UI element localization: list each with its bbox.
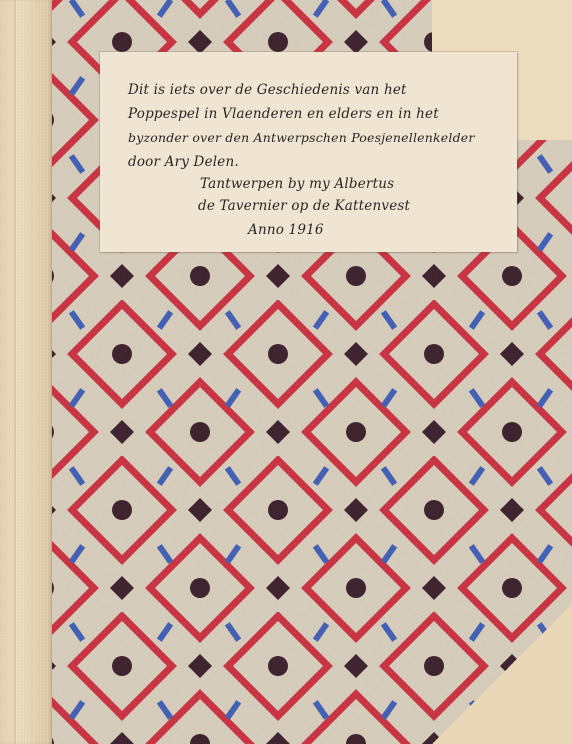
book-cover: Dit is iets over de Geschiedenis van het… [0, 0, 572, 744]
cloth-corner-bottom-right [432, 604, 572, 744]
spine-fold-line [14, 0, 16, 744]
title-label: Dit is iets over de Geschiedenis van het… [100, 52, 517, 252]
label-line: door Ary Delen. [128, 154, 239, 170]
label-line: Anno 1916 [248, 222, 324, 238]
label-line: Poppespel in Vlaenderen en elders en in … [128, 106, 439, 122]
label-line: Tantwerpen by my Albertus [200, 176, 394, 192]
label-line: de Tavernier op de Kattenvest [198, 198, 410, 214]
label-line: Dit is iets over de Geschiedenis van het [128, 82, 407, 98]
cloth-spine [0, 0, 52, 744]
label-line: byzonder over den Antwerpschen Poesjenel… [128, 130, 475, 145]
